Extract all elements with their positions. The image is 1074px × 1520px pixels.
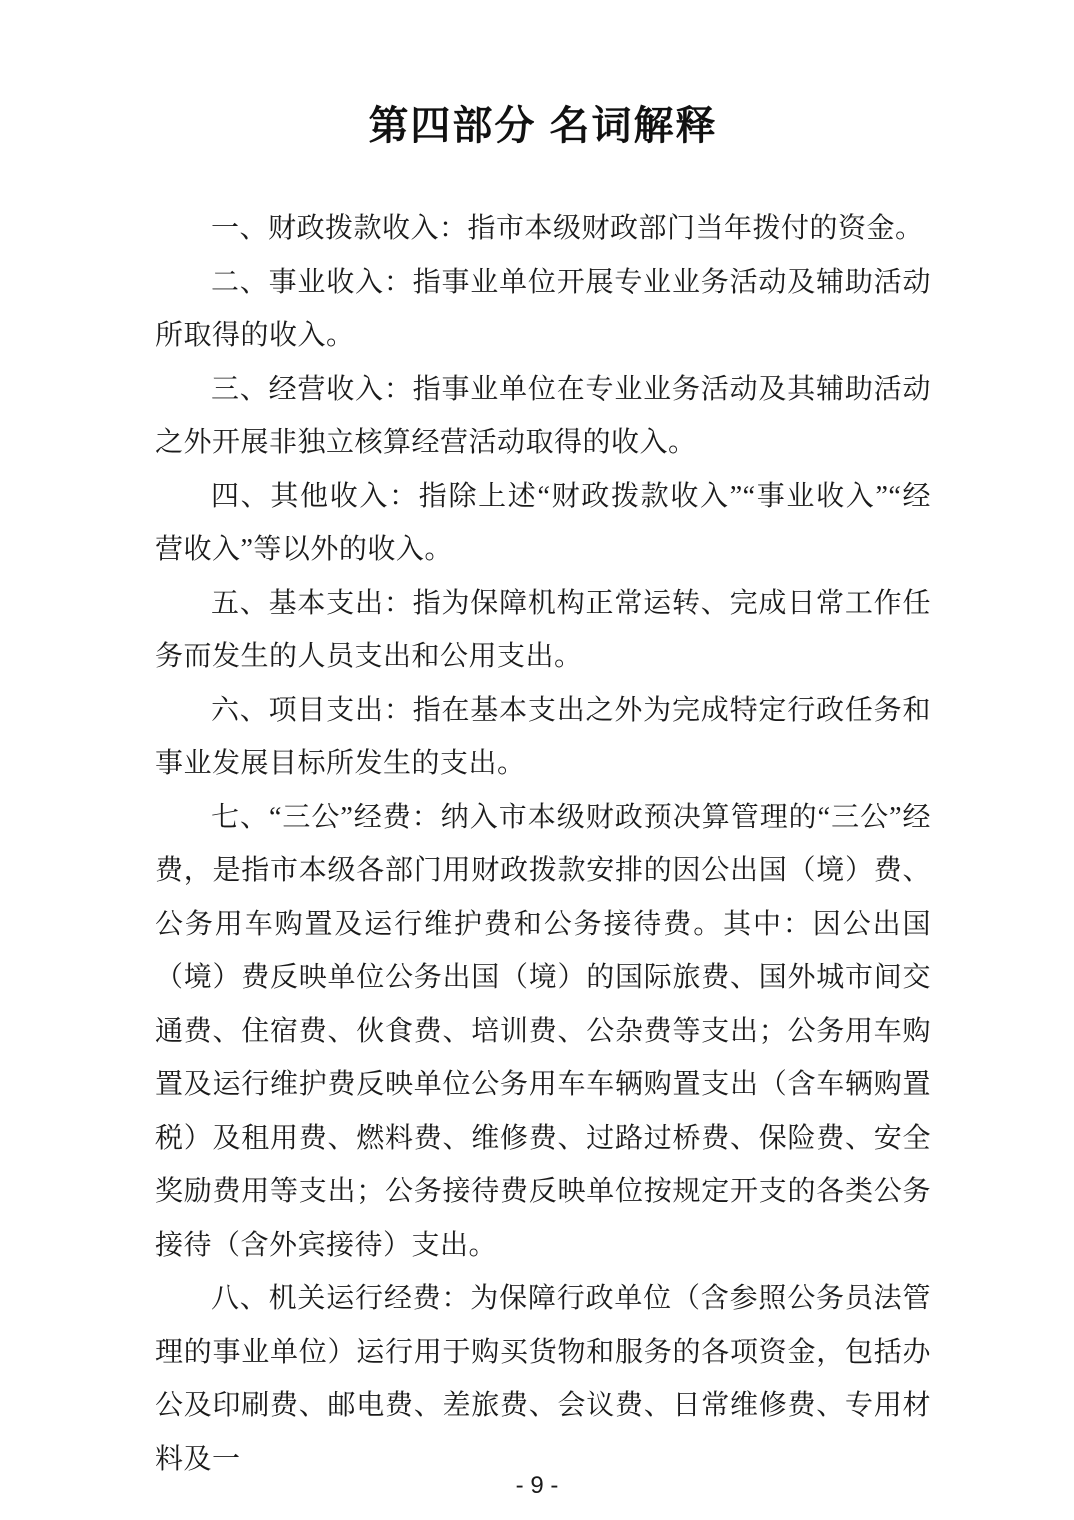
paragraph-definition-2: 二、事业收入：指事业单位开展专业业务活动及辅助活动所取得的收入。 (155, 256, 931, 363)
document-body: 一、财政拨款收入：指市本级财政部门当年拨付的资金。 二、事业收入：指事业单位开展… (155, 202, 931, 1486)
paragraph-definition-5: 五、基本支出：指为保障机构正常运转、完成日常工作任务而发生的人员支出和公用支出。 (155, 577, 931, 684)
document-content: 第四部分 名词解释 一、财政拨款收入：指市本级财政部门当年拨付的资金。 二、事业… (155, 0, 931, 1486)
paragraph-definition-8: 八、机关运行经费：为保障行政单位（含参照公务员法管理的事业单位）运行用于购买货物… (155, 1272, 931, 1486)
page-number: - 9 - (0, 1472, 1074, 1500)
paragraph-definition-6: 六、项目支出：指在基本支出之外为完成特定行政任务和事业发展目标所发生的支出。 (155, 684, 931, 791)
document-page: 第四部分 名词解释 一、财政拨款收入：指市本级财政部门当年拨付的资金。 二、事业… (0, 0, 1074, 1520)
paragraph-definition-1: 一、财政拨款收入：指市本级财政部门当年拨付的资金。 (155, 202, 931, 256)
paragraph-definition-7: 七、“三公”经费：纳入市本级财政预决算管理的“三公”经费，是指市本级各部门用财政… (155, 791, 931, 1273)
paragraph-definition-3: 三、经营收入：指事业单位在专业业务活动及其辅助活动之外开展非独立核算经营活动取得… (155, 363, 931, 470)
paragraph-definition-4: 四、其他收入：指除上述“财政拨款收入”“事业收入”“经营收入”等以外的收入。 (155, 470, 931, 577)
page-title: 第四部分 名词解释 (155, 0, 931, 152)
